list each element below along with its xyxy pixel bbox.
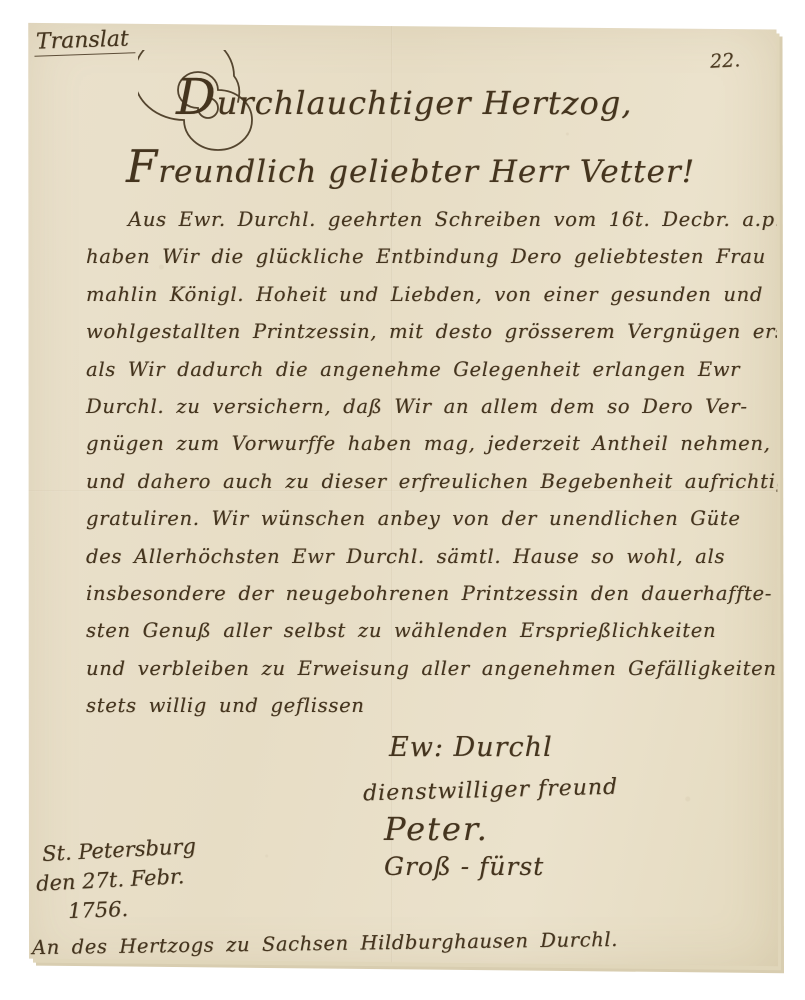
body-line: sten Genuß aller selbst zu wählenden Ers… — [86, 612, 781, 649]
body-line: und dahero auch zu dieser erfreulichen B… — [86, 463, 781, 500]
scanned-letter: Translat 22. Durchlauchtiger Hertzog, Fr… — [0, 0, 805, 1000]
dateline-day: den 27t. Febr. — [35, 864, 184, 896]
archival-note: Translat — [34, 26, 136, 57]
body-line: Aus Ewr. Durchl. geehrten Schreiben vom … — [86, 201, 781, 238]
signature-title: Groß - fürst — [384, 852, 544, 881]
body-line: mahlin Königl. Hoheit und Liebden, von e… — [86, 276, 781, 313]
body-line: Durchl. zu versichern, daß Wir an allem … — [86, 388, 781, 425]
dateline-year: 1756. — [68, 897, 129, 923]
body-line: des Allerhöchsten Ewr Durchl. sämtl. Hau… — [86, 538, 781, 575]
letter-body: Aus Ewr. Durchl. geehrten Schreiben vom … — [86, 201, 781, 724]
salutation-line-1: Durchlauchtiger Hertzog, — [176, 68, 632, 126]
signature: Peter. — [384, 810, 489, 848]
closing-salute: Ew: Durchl — [389, 732, 553, 763]
body-line: wohlgestallten Printzessin, mit desto gr… — [86, 313, 781, 350]
body-line: gratuliren. Wir wünschen anbey von der u… — [86, 500, 781, 537]
letter-paper: Translat 22. Durchlauchtiger Hertzog, Fr… — [26, 20, 778, 970]
body-line: gnügen zum Vorwurffe haben mag, jederzei… — [86, 425, 781, 462]
body-line: stets willig und geflissen — [86, 687, 781, 724]
body-line: und verbleiben zu Erweisung aller angene… — [86, 650, 781, 687]
page-number: 22. — [709, 49, 740, 73]
dateline-place: St. Petersburg — [41, 834, 196, 866]
salutation-line-2: Freundlich geliebter Herr Vetter! — [126, 140, 695, 193]
body-line: haben Wir die glückliche Entbindung Dero… — [86, 238, 781, 275]
closing-relation: dienstwilliger freund — [363, 775, 619, 807]
body-line: als Wir dadurch die angenehme Gelegenhei… — [86, 351, 781, 388]
body-line: insbesondere der neugebohrenen Printzess… — [86, 575, 781, 612]
address-line: An des Hertzogs zu Sachsen Hildburghause… — [32, 928, 618, 959]
